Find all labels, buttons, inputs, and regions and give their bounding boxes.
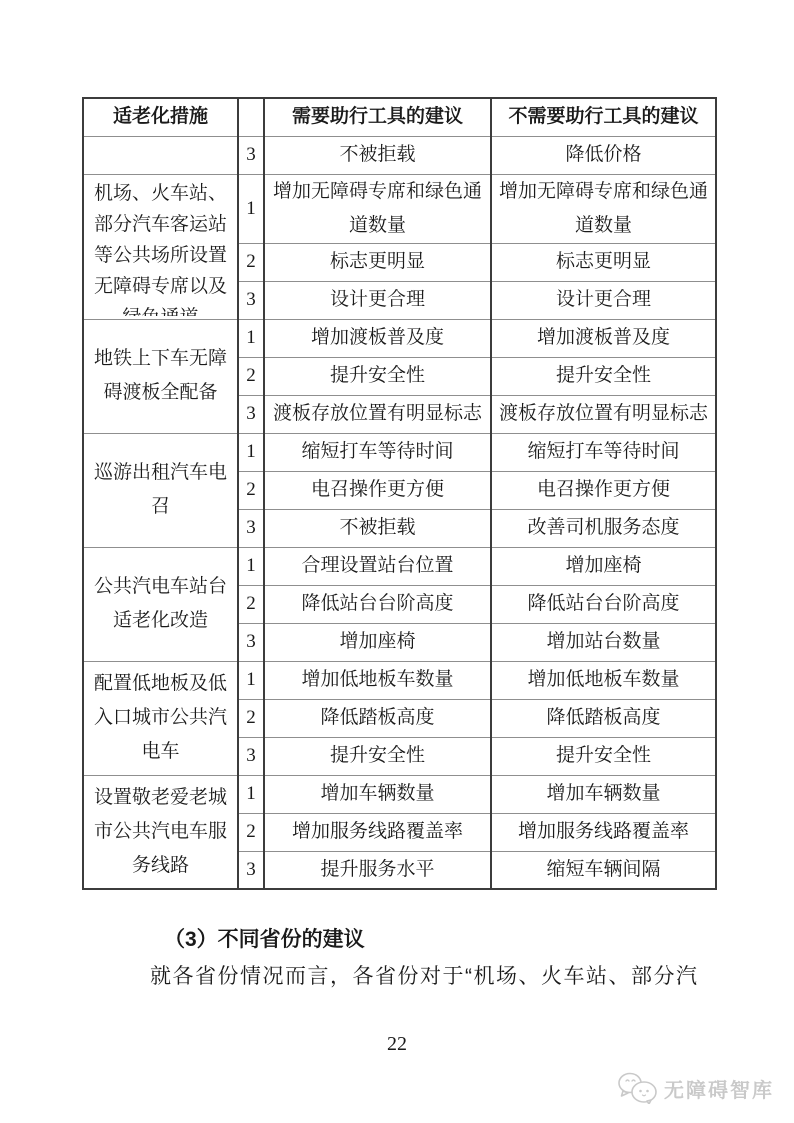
suggestion-need-cell: 增加低地板车数量: [264, 661, 491, 699]
rank-cell: 2: [238, 813, 264, 851]
measure-cell: 机场、火车站、部分汽车客运站等公共场所设置无障碍专席以及绿色通道: [83, 174, 238, 319]
suggestion-no-need-cell: 缩短打车等待时间: [491, 433, 716, 471]
suggestion-no-need-cell: 增加车辆数量: [491, 775, 716, 813]
page-number: 22: [0, 1033, 794, 1056]
rank-cell: 3: [238, 851, 264, 889]
suggestion-no-need-cell: 降低站台台阶高度: [491, 585, 716, 623]
suggestion-no-need-cell: 降低踏板高度: [491, 699, 716, 737]
suggestion-no-need-cell: 增加站台数量: [491, 623, 716, 661]
suggestion-need-cell: 不被拒载: [264, 136, 491, 174]
rank-cell: 1: [238, 661, 264, 699]
rank-cell: 2: [238, 699, 264, 737]
suggestion-need-cell: 标志更明显: [264, 243, 491, 281]
rank-cell: 2: [238, 585, 264, 623]
suggestion-need-cell: 增加渡板普及度: [264, 319, 491, 357]
rank-cell: 3: [238, 136, 264, 174]
watermark: 无障碍智库: [617, 1072, 774, 1104]
table-row: 机场、火车站、部分汽车客运站等公共场所设置无障碍专席以及绿色通道1增加无障碍专席…: [83, 174, 716, 243]
suggestion-no-need-cell: 增加座椅: [491, 547, 716, 585]
header-rank: [238, 98, 264, 136]
section-heading: （3）不同省份的建议: [82, 926, 715, 954]
table-header-row: 适老化措施 需要助行工具的建议 不需要助行工具的建议: [83, 98, 716, 136]
watermark-text: 无障碍智库: [664, 1074, 774, 1103]
suggestion-no-need-cell: 提升安全性: [491, 737, 716, 775]
suggestion-need-cell: 不被拒载: [264, 509, 491, 547]
suggestion-need-cell: 增加车辆数量: [264, 775, 491, 813]
table-row: 公共汽电车站台适老化改造1合理设置站台位置增加座椅: [83, 547, 716, 585]
suggestion-need-cell: 缩短打车等待时间: [264, 433, 491, 471]
suggestion-no-need-cell: 标志更明显: [491, 243, 716, 281]
chat-bubbles-logo-icon: [617, 1072, 657, 1104]
rank-cell: 3: [238, 395, 264, 433]
rank-cell: 1: [238, 775, 264, 813]
measure-cell: 配置低地板及低入口城市公共汽电车: [83, 661, 238, 775]
rank-cell: 3: [238, 281, 264, 319]
suggestion-need-cell: 合理设置站台位置: [264, 547, 491, 585]
body-paragraph: 就各省份情况而言，各省份对于“机场、火车站、部分汽: [82, 963, 715, 991]
suggestion-need-cell: 设计更合理: [264, 281, 491, 319]
suggestion-no-need-cell: 增加渡板普及度: [491, 319, 716, 357]
table-row: 设置敬老爱老城市公共汽电车服务线路1增加车辆数量增加车辆数量: [83, 775, 716, 813]
suggestion-no-need-cell: 增加服务线路覆盖率: [491, 813, 716, 851]
suggestion-need-cell: 提升安全性: [264, 357, 491, 395]
suggestion-no-need-cell: 提升安全性: [491, 357, 716, 395]
rank-cell: 2: [238, 357, 264, 395]
suggestions-table: 适老化措施 需要助行工具的建议 不需要助行工具的建议 3不被拒载降低价格机场、火…: [82, 97, 717, 890]
rank-cell: 3: [238, 623, 264, 661]
header-need-aid: 需要助行工具的建议: [264, 98, 491, 136]
measure-cell: 公共汽电车站台适老化改造: [83, 547, 238, 661]
table-row: 巡游出租汽车电召1缩短打车等待时间缩短打车等待时间: [83, 433, 716, 471]
suggestion-need-cell: 增加无障碍专席和绿色通道数量: [264, 174, 491, 243]
rank-cell: 1: [238, 174, 264, 243]
table-row: 3不被拒载降低价格: [83, 136, 716, 174]
suggestion-no-need-cell: 渡板存放位置有明显标志: [491, 395, 716, 433]
rank-cell: 1: [238, 319, 264, 357]
measure-cell: 设置敬老爱老城市公共汽电车服务线路: [83, 775, 238, 889]
suggestion-need-cell: 渡板存放位置有明显标志: [264, 395, 491, 433]
suggestion-no-need-cell: 电召操作更方便: [491, 471, 716, 509]
header-measure: 适老化措施: [83, 98, 238, 136]
suggestion-no-need-cell: 降低价格: [491, 136, 716, 174]
measure-cell: 地铁上下车无障碍渡板全配备: [83, 319, 238, 433]
suggestion-need-cell: 降低站台台阶高度: [264, 585, 491, 623]
suggestion-no-need-cell: 设计更合理: [491, 281, 716, 319]
suggestion-no-need-cell: 增加无障碍专席和绿色通道数量: [491, 174, 716, 243]
rank-cell: 3: [238, 509, 264, 547]
suggestion-need-cell: 电召操作更方便: [264, 471, 491, 509]
suggestion-need-cell: 降低踏板高度: [264, 699, 491, 737]
table-row: 配置低地板及低入口城市公共汽电车1增加低地板车数量增加低地板车数量: [83, 661, 716, 699]
suggestion-need-cell: 增加服务线路覆盖率: [264, 813, 491, 851]
header-no-need-aid: 不需要助行工具的建议: [491, 98, 716, 136]
suggestion-need-cell: 提升安全性: [264, 737, 491, 775]
suggestions-table-body: 3不被拒载降低价格机场、火车站、部分汽车客运站等公共场所设置无障碍专席以及绿色通…: [83, 136, 716, 889]
measure-cell: [83, 136, 238, 174]
table-row: 地铁上下车无障碍渡板全配备1增加渡板普及度增加渡板普及度: [83, 319, 716, 357]
document-page: 适老化措施 需要助行工具的建议 不需要助行工具的建议 3不被拒载降低价格机场、火…: [0, 0, 794, 1123]
suggestion-no-need-cell: 缩短车辆间隔: [491, 851, 716, 889]
suggestion-no-need-cell: 增加低地板车数量: [491, 661, 716, 699]
measure-cell: 巡游出租汽车电召: [83, 433, 238, 547]
suggestion-no-need-cell: 改善司机服务态度: [491, 509, 716, 547]
rank-cell: 2: [238, 243, 264, 281]
rank-cell: 3: [238, 737, 264, 775]
suggestion-need-cell: 增加座椅: [264, 623, 491, 661]
rank-cell: 1: [238, 547, 264, 585]
rank-cell: 2: [238, 471, 264, 509]
suggestion-need-cell: 提升服务水平: [264, 851, 491, 889]
rank-cell: 1: [238, 433, 264, 471]
